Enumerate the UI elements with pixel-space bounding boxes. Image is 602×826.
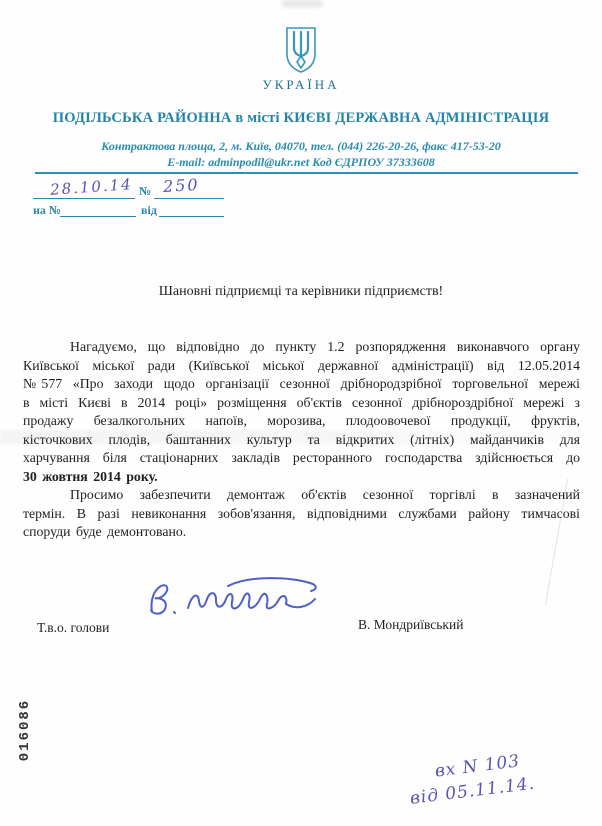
scanned-letter-page: УКРАЇНА ПОДІЛЬСЬКА РАЙОННА в місті КИЄВІ… [0, 0, 602, 826]
body-line: Просимо забезпечити демонтаж об'єктів се… [23, 486, 580, 505]
number-underline [154, 197, 224, 199]
ukraine-trident-icon [283, 26, 319, 74]
reply-number-underline [60, 215, 136, 217]
contact-line: E-mail: adminpodil@ukr.net Код ЄДРПОУ 37… [0, 155, 602, 170]
incoming-registration-note: вх N 103 від 05.11.14. [406, 741, 591, 811]
body-line: в місті Києві в 2014 році» розміщення об… [23, 394, 580, 413]
organization-name: ПОДІЛЬСЬКА РАЙОННА в місті КИЄВІ ДЕРЖАВН… [0, 110, 602, 127]
handwritten-date: 28.10.14 [49, 175, 133, 199]
body-line-deadline: 30 жовтня 2014 року. [23, 468, 580, 487]
reply-from-label: від [141, 203, 157, 218]
body-line: споруди буде демонтовано. [23, 523, 580, 542]
handwritten-number: 250 [163, 175, 200, 196]
scan-smudge [282, 0, 322, 7]
letter-body: Нагадуємо, що відповідно до пункту 1.2 р… [23, 338, 580, 542]
date-underline [33, 197, 135, 199]
signer-name: В. Мондриївський [358, 617, 463, 633]
body-line: продажу безалкогольних напоїв, морозива,… [23, 412, 580, 431]
number-sign-label: № [139, 184, 151, 199]
body-line: Нагадуємо, що відповідно до пункту 1.2 р… [23, 338, 580, 357]
signature-handwriting [138, 568, 338, 628]
signer-position-title: Т.в.о. голови [37, 620, 109, 636]
coat-of-arms [0, 26, 602, 79]
body-line: №577 «Про заходи щодо організації сезонн… [23, 375, 580, 394]
reply-date-underline [159, 215, 224, 217]
reply-to-number-label: на № [33, 203, 61, 218]
salutation: Шановні підприємці та керівники підприєм… [0, 284, 602, 300]
body-line: термін. В разі невиконання зобов'язання,… [23, 505, 580, 524]
body-line: кісточкових плодів, баштанних культур та… [23, 431, 580, 450]
body-line: Київської міської ради (Київської місько… [23, 357, 580, 376]
letterhead-divider [35, 172, 578, 174]
body-line: харчування біля стаціонарних закладів ре… [23, 449, 580, 468]
country-label: УКРАЇНА [0, 77, 602, 93]
address-line: Контрактова площа, 2, м. Київ, 04070, те… [0, 139, 602, 154]
form-control-number: 016086 [17, 694, 33, 766]
